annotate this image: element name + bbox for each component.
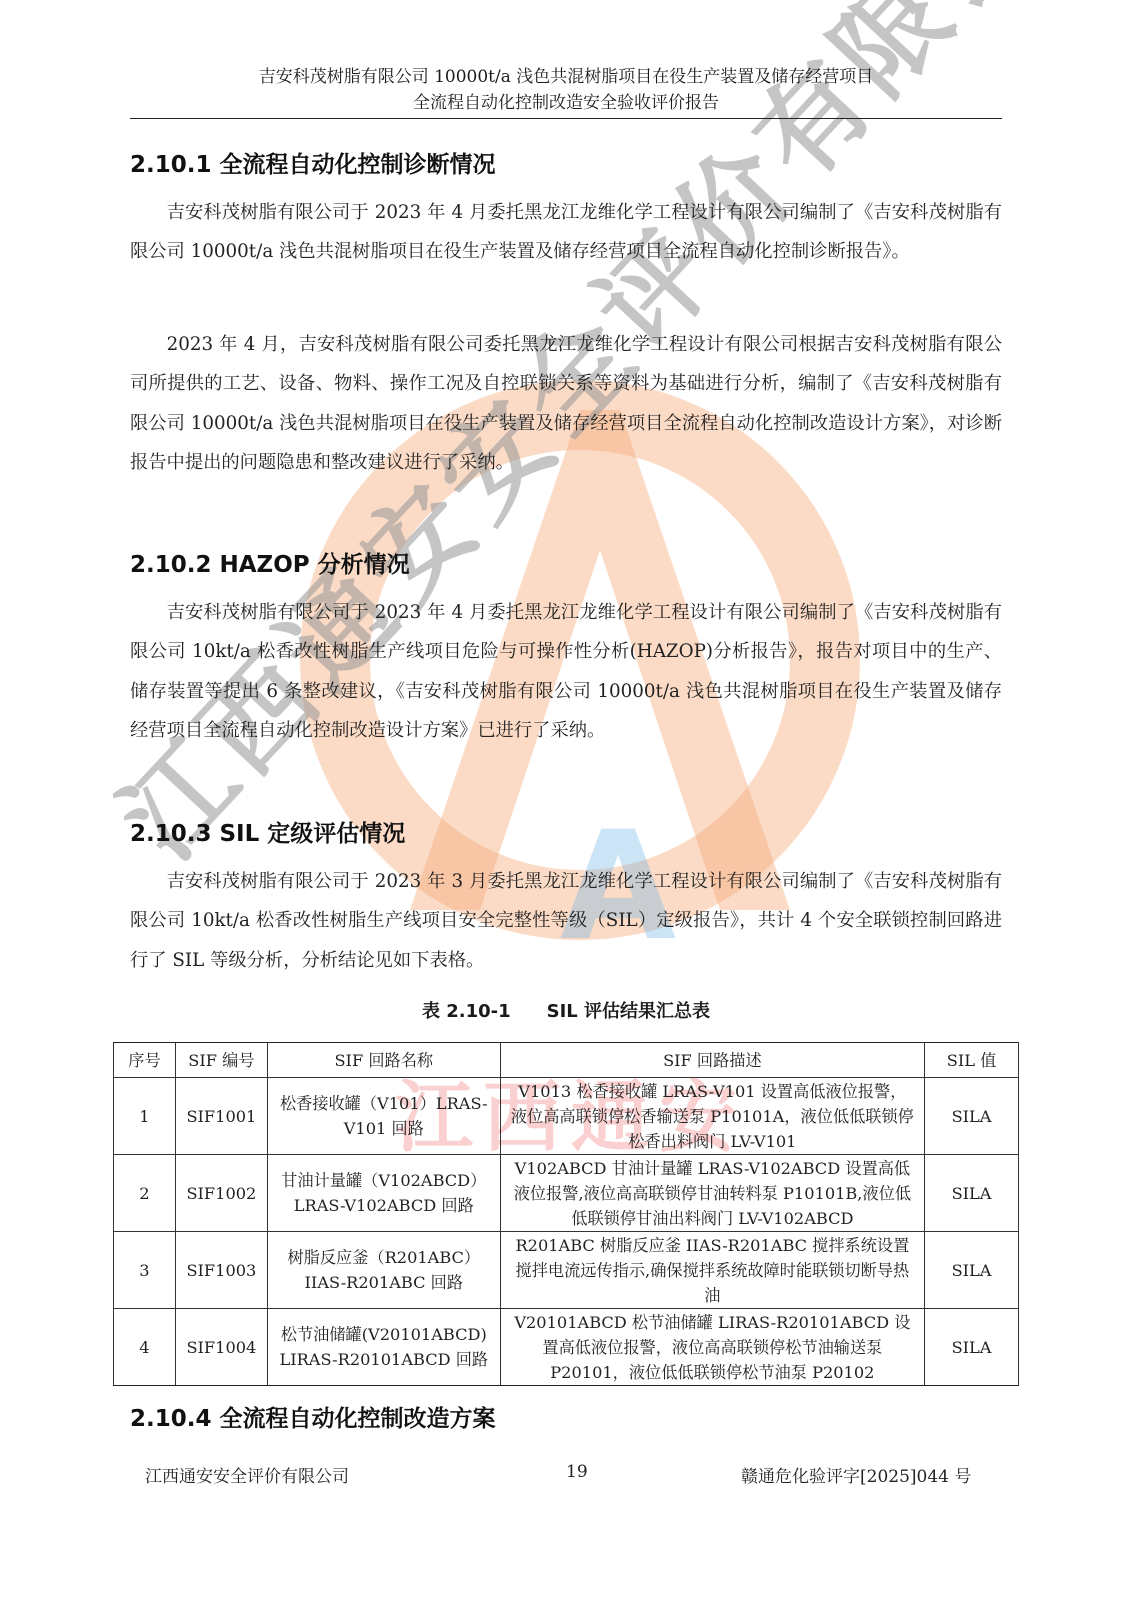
- column-header-sil: SIL 值: [925, 1043, 1019, 1078]
- section-heading-2-10-3: 2.10.3 SIL 定级评估情况: [130, 818, 405, 850]
- cell-sif-desc: V20101ABCD 松节油储罐 LIRAS-R20101ABCD 设置高低液位…: [500, 1309, 924, 1386]
- header-line-2: 全流程自动化控制改造安全验收评价报告: [130, 90, 1002, 116]
- cell-sil: SILA: [925, 1232, 1019, 1309]
- column-header-sif-id: SIF 编号: [175, 1043, 267, 1078]
- header-line-1: 吉安科茂树脂有限公司 10000t/a 浅色共混树脂项目在役生产装置及储存经营项…: [130, 64, 1002, 90]
- paragraph-2-10-1-a: 吉安科茂树脂有限公司于 2023 年 4 月委托黑龙江龙维化学工程设计有限公司编…: [130, 193, 1002, 272]
- paragraph-2-10-2: 吉安科茂树脂有限公司于 2023 年 4 月委托黑龙江龙维化学工程设计有限公司编…: [130, 593, 1002, 751]
- cell-no: 2: [114, 1155, 176, 1232]
- header-divider: [130, 118, 1002, 119]
- cell-sif-desc: V1013 松香接收罐 LRAS-V101 设置高低液位报警，液位高高联锁停松香…: [500, 1078, 924, 1155]
- table-row: 1 SIF1001 松香接收罐（V101）LRAS-V101 回路 V1013 …: [114, 1078, 1019, 1155]
- cell-sif-name: 甘油计量罐（V102ABCD）LRAS-V102ABCD 回路: [267, 1155, 500, 1232]
- table-header-row: 序号 SIF 编号 SIF 回路名称 SIF 回路描述 SIL 值: [114, 1043, 1019, 1078]
- column-header-no: 序号: [114, 1043, 176, 1078]
- cell-sif-id: SIF1003: [175, 1232, 267, 1309]
- cell-no: 1: [114, 1078, 176, 1155]
- section-heading-2-10-4: 2.10.4 全流程自动化控制改造方案: [130, 1403, 496, 1435]
- document-page: A 江西通安 江西通安安全评价有限公司 吉安科茂树脂有限公司 10000t/a …: [0, 0, 1129, 1600]
- section-heading-2-10-1: 2.10.1 全流程自动化控制诊断情况: [130, 149, 496, 181]
- cell-sif-name: 松香接收罐（V101）LRAS-V101 回路: [267, 1078, 500, 1155]
- cell-no: 4: [114, 1309, 176, 1386]
- column-header-sif-desc: SIF 回路描述: [500, 1043, 924, 1078]
- cell-no: 3: [114, 1232, 176, 1309]
- column-header-sif-name: SIF 回路名称: [267, 1043, 500, 1078]
- cell-sif-id: SIF1002: [175, 1155, 267, 1232]
- table-row: 3 SIF1003 树脂反应釜（R201ABC）IIAS-R201ABC 回路 …: [114, 1232, 1019, 1309]
- sil-results-table: 序号 SIF 编号 SIF 回路名称 SIF 回路描述 SIL 值 1 SIF1…: [113, 1042, 1019, 1386]
- cell-sif-id: SIF1004: [175, 1309, 267, 1386]
- cell-sil: SILA: [925, 1078, 1019, 1155]
- cell-sil: SILA: [925, 1309, 1019, 1386]
- paragraph-2-10-1-b: 2023 年 4 月，吉安科茂树脂有限公司委托黑龙江龙维化学工程设计有限公司根据…: [130, 325, 1002, 483]
- cell-sil: SILA: [925, 1155, 1019, 1232]
- paragraph-2-10-3: 吉安科茂树脂有限公司于 2023 年 3 月委托黑龙江龙维化学工程设计有限公司编…: [130, 862, 1002, 980]
- table-caption: 表 2.10-1 SIL 评估结果汇总表: [130, 998, 1002, 1026]
- cell-sif-desc: R201ABC 树脂反应釜 IIAS-R201ABC 搅拌系统设置搅拌电流远传指…: [500, 1232, 924, 1309]
- cell-sif-name: 树脂反应釜（R201ABC）IIAS-R201ABC 回路: [267, 1232, 500, 1309]
- table-row: 2 SIF1002 甘油计量罐（V102ABCD）LRAS-V102ABCD 回…: [114, 1155, 1019, 1232]
- section-heading-2-10-2: 2.10.2 HAZOP 分析情况: [130, 549, 410, 581]
- cell-sif-id: SIF1001: [175, 1078, 267, 1155]
- cell-sif-name: 松节油储罐(V20101ABCD) LIRAS-R20101ABCD 回路: [267, 1309, 500, 1386]
- cell-sif-desc: V102ABCD 甘油计量罐 LRAS-V102ABCD 设置高低液位报警,液位…: [500, 1155, 924, 1232]
- footer-doc-number: 赣通危化验评字[2025]044 号: [741, 1462, 971, 1487]
- page-header: 吉安科茂树脂有限公司 10000t/a 浅色共混树脂项目在役生产装置及储存经营项…: [130, 64, 1002, 116]
- footer-page-number: 19: [566, 1462, 588, 1482]
- table-row: 4 SIF1004 松节油储罐(V20101ABCD) LIRAS-R20101…: [114, 1309, 1019, 1386]
- footer-company: 江西通安安全评价有限公司: [145, 1462, 349, 1487]
